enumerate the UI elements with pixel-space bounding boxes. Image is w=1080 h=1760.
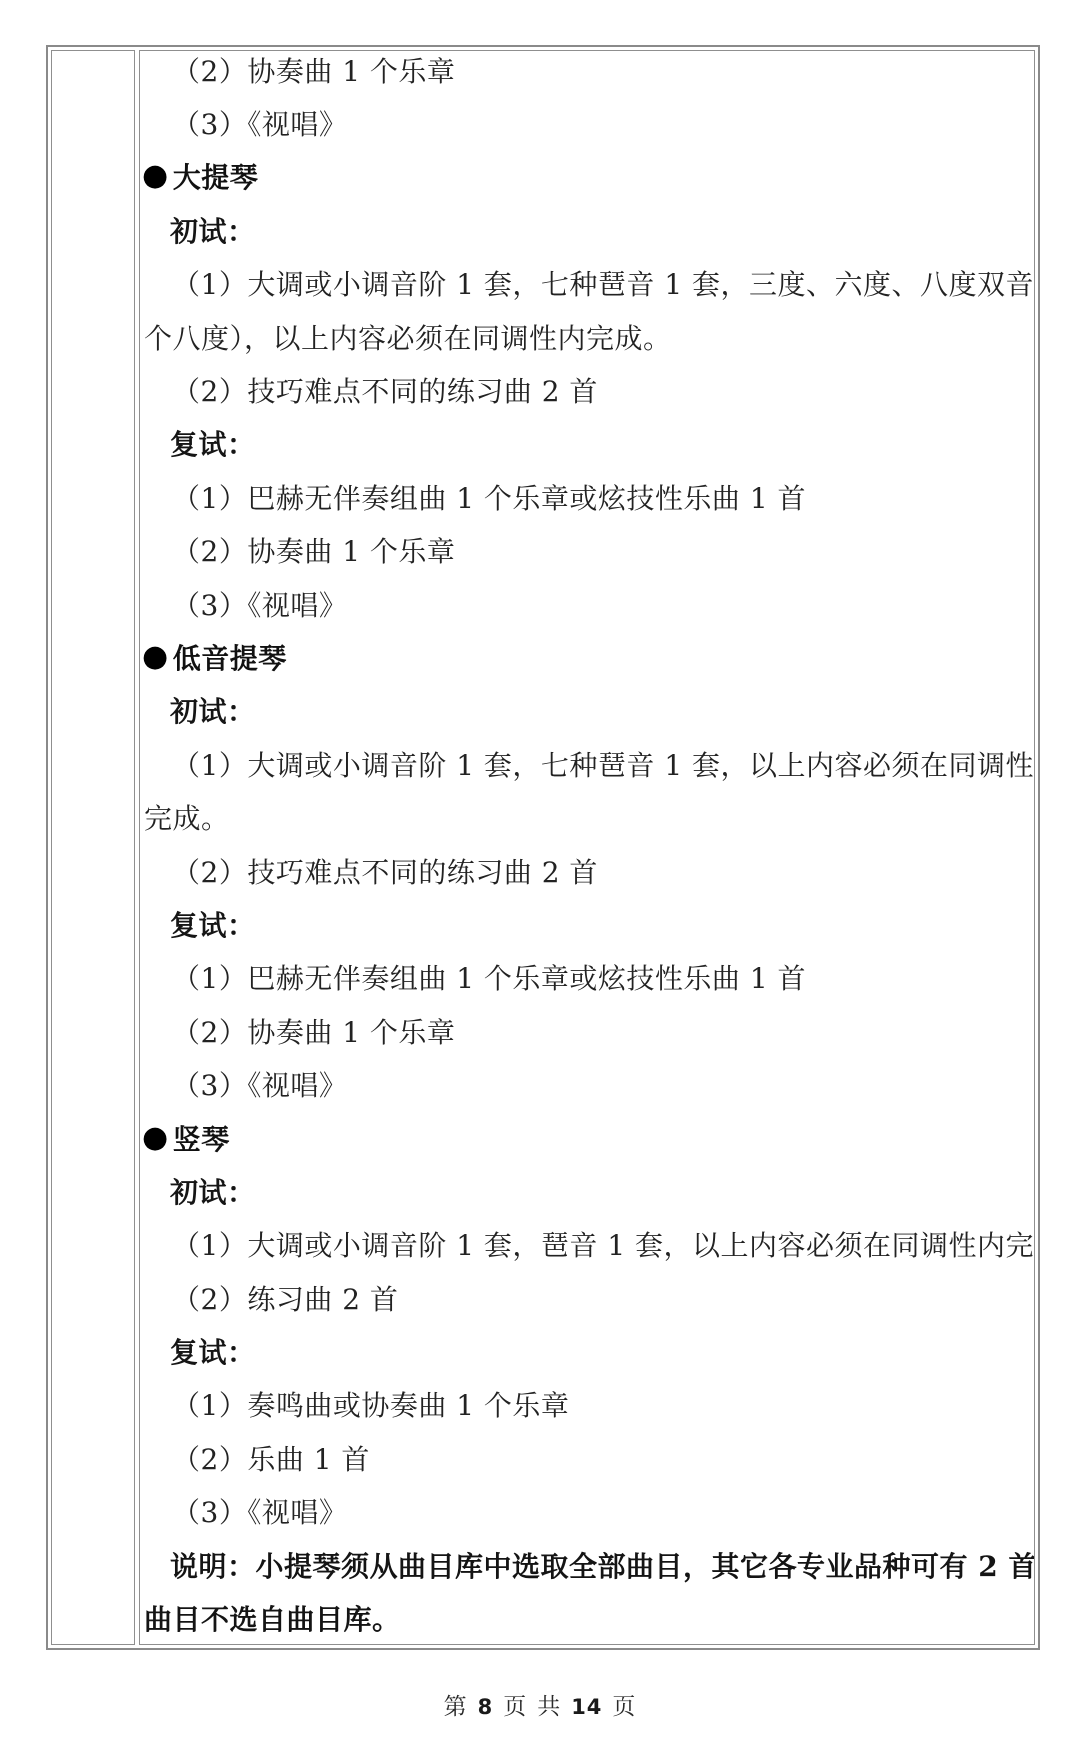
footer-label-di: 第: [444, 1694, 468, 1720]
text-line: 说明：小提琴须从曲目库中选取全部曲目，其它各专业品种可有 2 首: [140, 1538, 1034, 1591]
text-line: （1）大调或小调音阶 1 套，七种琶音 1 套，以上内容必须在同调性内: [140, 737, 1034, 790]
footer-label-ye: 页: [503, 1694, 527, 1720]
content-table: （2）协奏曲 1 个乐章 （3）《视唱》 ● 大提琴 初试： （1）大调或小调音…: [46, 45, 1040, 1650]
line-text: 复试：: [170, 904, 256, 944]
line-text: （1）巴赫无伴奏组曲 1 个乐章或炫技性乐曲 1 首: [172, 957, 806, 997]
text-line: （1）巴赫无伴奏组曲 1 个乐章或炫技性乐曲 1 首: [140, 951, 1034, 1004]
line-text: 复试：: [170, 423, 256, 463]
line-text: （3）《视唱》: [172, 1491, 347, 1531]
text-line: 曲目不选自曲目库。: [140, 1591, 1034, 1644]
bullet-icon: ●: [142, 161, 169, 191]
line-text: 说明：小提琴须从曲目库中选取全部曲目，其它各专业品种可有 2 首: [170, 1545, 1035, 1585]
text-line: （3）《视唱》: [140, 1485, 1034, 1538]
text-line: 个八度），以上内容必须在同调性内完成。: [140, 310, 1034, 363]
line-text: （2）练习曲 2 首: [172, 1278, 398, 1318]
text-line: （2）协奏曲 1 个乐章: [140, 1004, 1034, 1057]
line-text: （1）奏鸣曲或协奏曲 1 个乐章: [172, 1384, 569, 1424]
table-cell-content: （2）协奏曲 1 个乐章 （3）《视唱》 ● 大提琴 初试： （1）大调或小调音…: [139, 50, 1035, 1645]
text-line: 完成。: [140, 790, 1034, 843]
text-lines-container: （2）协奏曲 1 个乐章 （3）《视唱》 ● 大提琴 初试： （1）大调或小调音…: [140, 50, 1034, 1645]
line-text: （1）巴赫无伴奏组曲 1 个乐章或炫技性乐曲 1 首: [172, 477, 806, 517]
line-text: 竖琴: [173, 1118, 230, 1158]
line-text: 个八度），以上内容必须在同调性内完成。: [144, 317, 672, 357]
text-line: （2）技巧难点不同的练习曲 2 首: [140, 844, 1034, 897]
line-text: 初试：: [170, 690, 256, 730]
text-line: （1）大调或小调音阶 1 套，七种琶音 1 套，三度、六度、八度双音（两: [140, 257, 1034, 310]
line-text: 低音提琴: [173, 637, 287, 677]
line-text: 初试：: [170, 210, 256, 250]
text-line: 复试：: [140, 417, 1034, 470]
line-text: （2）技巧难点不同的练习曲 2 首: [172, 370, 598, 410]
text-line: （1）奏鸣曲或协奏曲 1 个乐章: [140, 1378, 1034, 1431]
text-line: 复试：: [140, 897, 1034, 950]
line-text: 完成。: [144, 797, 230, 837]
line-text: （2）协奏曲 1 个乐章: [172, 530, 455, 570]
text-line: （3）《视唱》: [140, 1057, 1034, 1110]
line-text: （2）协奏曲 1 个乐章: [172, 1011, 455, 1051]
line-text: （1）大调或小调音阶 1 套，七种琶音 1 套，三度、六度、八度双音（两: [172, 263, 1035, 303]
line-text: （2）乐曲 1 首: [172, 1438, 370, 1478]
footer-label-ye2: 页: [612, 1694, 636, 1720]
text-line: ● 低音提琴: [140, 630, 1034, 683]
text-line: 初试：: [140, 1164, 1034, 1217]
text-line: （3）《视唱》: [140, 577, 1034, 630]
text-line: 复试：: [140, 1324, 1034, 1377]
footer-page-number: 8: [478, 1695, 494, 1719]
text-line: （2）技巧难点不同的练习曲 2 首: [140, 363, 1034, 416]
bullet-icon: ●: [142, 1123, 169, 1153]
line-text: 曲目不选自曲目库。: [144, 1598, 401, 1638]
text-line: ● 竖琴: [140, 1111, 1034, 1164]
text-line: （2）协奏曲 1 个乐章: [140, 524, 1034, 577]
line-text: （2）技巧难点不同的练习曲 2 首: [172, 851, 598, 891]
text-line: （1）大调或小调音阶 1 套，琶音 1 套，以上内容必须在同调性内完成。: [140, 1218, 1034, 1271]
line-text: （3）《视唱》: [172, 584, 347, 624]
line-text: （3）《视唱》: [172, 1064, 347, 1104]
line-text: （1）大调或小调音阶 1 套，七种琶音 1 套，以上内容必须在同调性内: [172, 744, 1035, 784]
text-line: （2）练习曲 2 首: [140, 1271, 1034, 1324]
footer-label-gong: 共: [537, 1694, 561, 1720]
line-text: 大提琴: [173, 156, 259, 196]
text-line: ● 大提琴: [140, 150, 1034, 203]
bullet-icon: ●: [142, 642, 169, 672]
table-cell-empty: [51, 50, 135, 1645]
line-text: （1）大调或小调音阶 1 套，琶音 1 套，以上内容必须在同调性内完成。: [172, 1224, 1035, 1264]
page-footer: 第8页共14页: [0, 1688, 1080, 1721]
line-text: （3）《视唱》: [172, 103, 347, 143]
footer-total-pages: 14: [571, 1695, 602, 1719]
text-line: （2）协奏曲 1 个乐章: [140, 50, 1034, 96]
text-line: （2）乐曲 1 首: [140, 1431, 1034, 1484]
text-line: （1）巴赫无伴奏组曲 1 个乐章或炫技性乐曲 1 首: [140, 470, 1034, 523]
line-text: 复试：: [170, 1331, 256, 1371]
line-text: 初试：: [170, 1171, 256, 1211]
text-line: （3）《视唱》: [140, 96, 1034, 149]
line-text: （2）协奏曲 1 个乐章: [172, 50, 455, 90]
text-line: 初试：: [140, 203, 1034, 256]
text-line: 初试：: [140, 684, 1034, 737]
